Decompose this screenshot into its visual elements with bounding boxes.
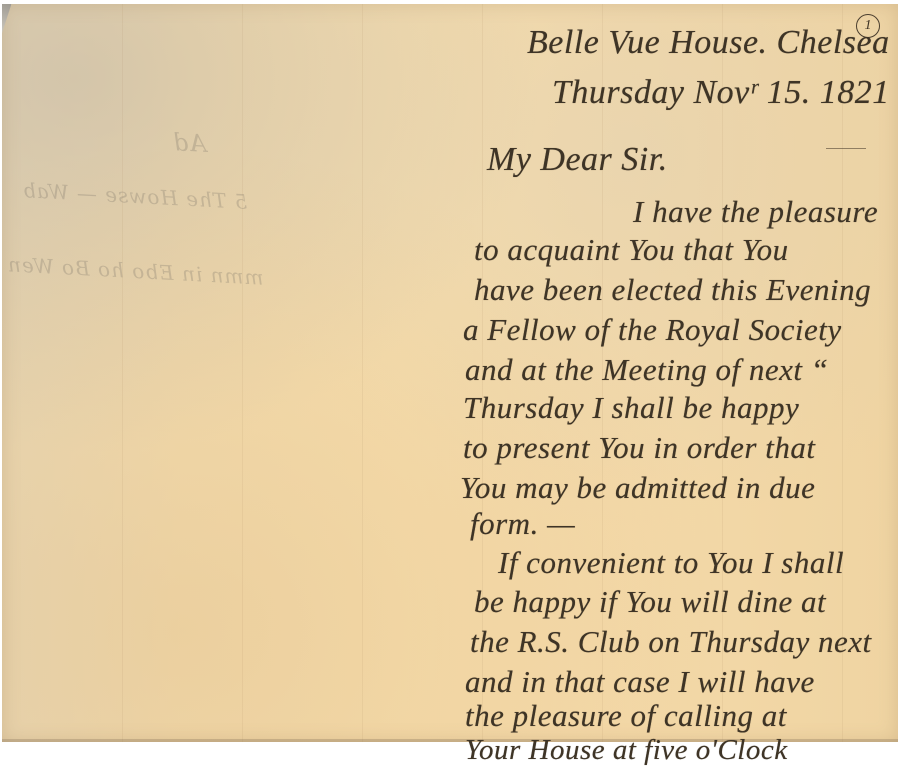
- letter-salutation: My Dear Sir.: [487, 141, 668, 179]
- letter-address: Belle Vue House. Chelsea: [527, 24, 890, 62]
- letter-line: a Fellow of the Royal Society: [463, 312, 842, 348]
- salutation-rule: [826, 148, 866, 149]
- paper-laid-line: [242, 4, 243, 742]
- letter-line: the R.S. Club on Thursday next: [470, 624, 872, 660]
- letter-line: be happy if You will dine at: [474, 584, 826, 620]
- paper-laid-line: [122, 4, 123, 742]
- letter-line: and in that case I will have: [465, 664, 815, 700]
- folded-corner: [2, 4, 12, 41]
- bleed-through-text: Ad: [171, 128, 207, 158]
- bleed-through-text: 5 The Howse — Wab: [22, 178, 248, 214]
- letter-line: form. —: [470, 506, 575, 542]
- letter-date: Thursday Novʳ 15. 1821: [552, 74, 890, 112]
- letter-line: and at the Meeting of next “: [465, 352, 829, 388]
- letter-line: If convenient to You I shall: [498, 545, 844, 581]
- letter-line: to acquaint You that You: [474, 232, 789, 268]
- letter-line: have been elected this Evening: [474, 272, 871, 308]
- bleed-through-text: mmn in Ebo ho Bo Wen: [7, 252, 265, 289]
- letter-line: the pleasure of calling at: [465, 698, 787, 734]
- letter-line: Thursday I shall be happy: [463, 390, 799, 426]
- letter-line: Your House at five o'Clock: [465, 734, 788, 760]
- letter-line: to present You in order that: [463, 430, 815, 466]
- letter-line: You may be admitted in due: [460, 470, 815, 506]
- paper-laid-line: [362, 4, 363, 742]
- letter-line: I have the pleasure: [633, 194, 878, 230]
